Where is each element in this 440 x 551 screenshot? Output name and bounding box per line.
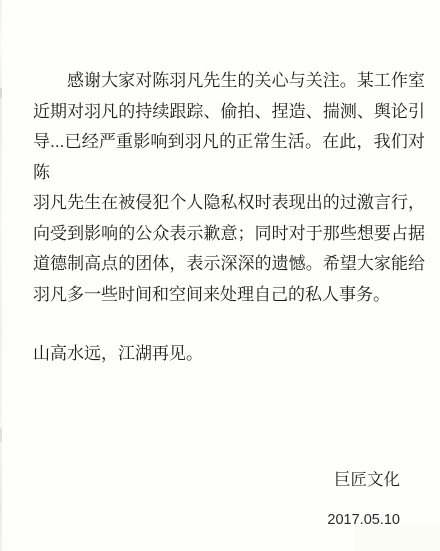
statement-line: 羽凡多一些时间和空间来处理自己的私人事务。 bbox=[33, 280, 425, 311]
statement-line: 导...已经严重影响到羽凡的正常生活。在此，我们对陈 bbox=[33, 127, 425, 188]
scan-speck bbox=[0, 88, 2, 98]
signature-company-name: 巨匠文化 bbox=[33, 468, 400, 492]
signature-block: 巨匠文化 2017.05.10 bbox=[33, 468, 425, 530]
paper-edge-shadow bbox=[0, 0, 2, 551]
apology-paragraph: 感谢大家对陈羽凡先生的关心与关注。某工作室 近期对羽凡的持续跟踪、偷拍、捏造、揣… bbox=[33, 66, 425, 310]
closing-line: 山高水远，江湖再见。 bbox=[33, 339, 425, 370]
statement-page: 感谢大家对陈羽凡先生的关心与关注。某工作室 近期对羽凡的持续跟踪、偷拍、捏造、揣… bbox=[0, 0, 440, 551]
statement-line: 近期对羽凡的持续跟踪、偷拍、捏造、揣测、舆论引 bbox=[33, 97, 425, 128]
bottom-right-watermark-patch bbox=[355, 525, 440, 551]
statement-line: 感谢大家对陈羽凡先生的关心与关注。某工作室 bbox=[33, 66, 425, 97]
statement-line: 羽凡先生在被侵犯个人隐私权时表现出的过激言行， bbox=[33, 188, 425, 219]
statement-line: 道德制高点的团体，表示深深的遗憾。希望大家能给 bbox=[33, 249, 425, 280]
scan-speck bbox=[0, 428, 2, 442]
statement-body: 感谢大家对陈羽凡先生的关心与关注。某工作室 近期对羽凡的持续跟踪、偷拍、捏造、揣… bbox=[33, 66, 425, 530]
statement-date: 2017.05.10 bbox=[33, 510, 400, 530]
statement-line: 向受到影响的公众表示歉意；同时对于那些想要占据 bbox=[33, 219, 425, 250]
